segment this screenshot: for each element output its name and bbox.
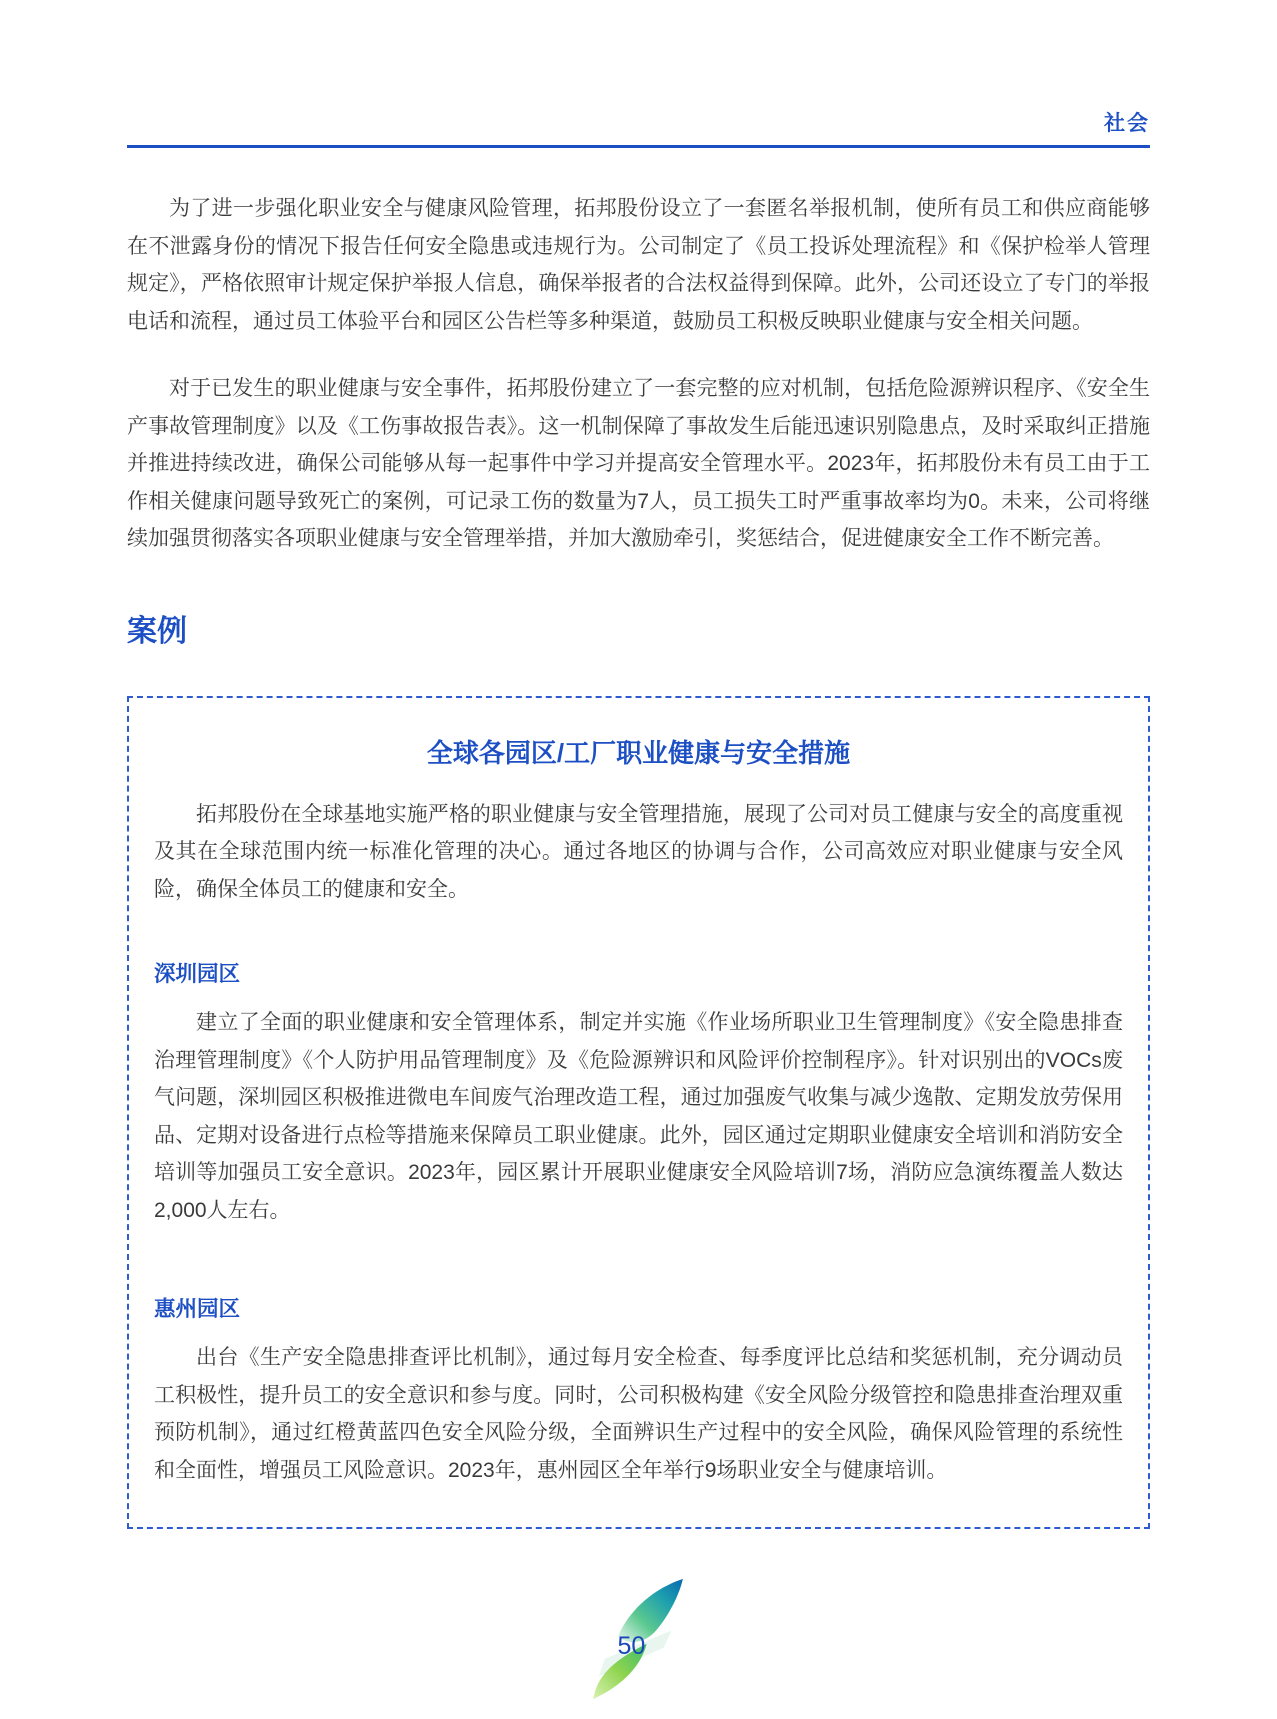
case-box-title: 全球各园区/工厂职业健康与安全措施 — [154, 736, 1123, 770]
paragraph-whistleblowing-mechanism: 为了进一步强化职业安全与健康风险管理，拓邦股份设立了一套匿名举报机制，使所有员工… — [127, 190, 1150, 340]
header-rule — [127, 145, 1150, 148]
report-page: 社会 为了进一步强化职业安全与健康风险管理，拓邦股份设立了一套匿名举报机制，使所… — [0, 0, 1277, 1719]
case-subheading-shenzhen: 深圳园区 — [154, 960, 1123, 988]
paragraph-incident-response: 对于已发生的职业健康与安全事件，拓邦股份建立了一套完整的应对机制，包括危险源辨识… — [127, 370, 1150, 558]
page-body: 为了进一步强化职业安全与健康风险管理，拓邦股份设立了一套匿名举报机制，使所有员工… — [0, 190, 1277, 1529]
page-number: 50 — [618, 1633, 646, 1659]
case-subheading-huizhou: 惠州园区 — [154, 1295, 1123, 1323]
case-paragraph-huizhou: 出台《生产安全隐患排查评比机制》，通过每月安全检查、每季度评比总结和奖惩机制，充… — [154, 1339, 1123, 1489]
header-section-label: 社会 — [127, 110, 1150, 138]
page-header: 社会 — [0, 0, 1277, 148]
case-intro-paragraph: 拓邦股份在全球基地实施严格的职业健康与安全管理措施，展现了公司对员工健康与安全的… — [154, 796, 1123, 909]
page-footer: 50 — [0, 1577, 1277, 1701]
section-heading-case: 案例 — [127, 614, 1150, 650]
footer-logo-wrap: 50 — [589, 1577, 689, 1701]
case-paragraph-shenzhen: 建立了全面的职业健康和安全管理体系，制定并实施《作业场所职业卫生管理制度》《安全… — [154, 1004, 1123, 1229]
case-box: 全球各园区/工厂职业健康与安全措施 拓邦股份在全球基地实施严格的职业健康与安全管… — [127, 696, 1150, 1530]
